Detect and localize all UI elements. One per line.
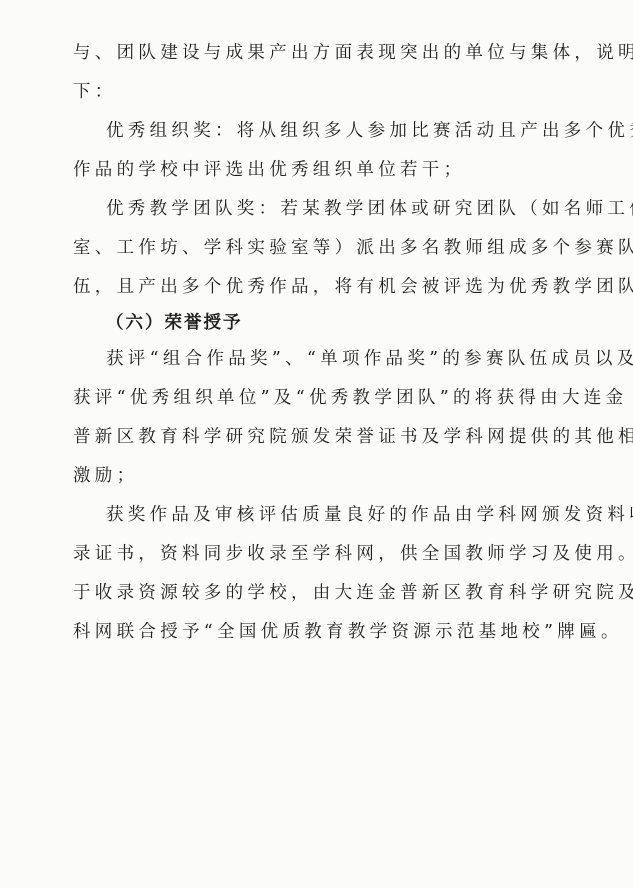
paragraph-line: 录证书，资料同步收录至学科网，供全国教师学习及使用。对: [73, 543, 633, 565]
paragraph-line: 与、团队建设与成果产出方面表现突出的单位与集体，说明如: [73, 42, 633, 64]
paragraph-line: 优秀教学团队奖：若某教学团体或研究团队（如名师工作: [106, 198, 633, 220]
paragraph-line: 获评“组合作品奖”、“单项作品奖”的参赛队伍成员以及: [106, 348, 633, 370]
paragraph-line: 普新区教育科学研究院颁发荣誉证书及学科网提供的其他相关: [73, 426, 633, 448]
paragraph-line: 下：: [73, 81, 117, 103]
paragraph-line: 优秀组织奖：将从组织多人参加比赛活动且产出多个优秀: [106, 120, 633, 142]
document-page: 与、团队建设与成果产出方面表现突出的单位与集体，说明如 下： 优秀组织奖：将从组…: [0, 0, 633, 888]
paragraph-line: 科网联合授予“全国优质教育教学资源示范基地校”牌匾。: [73, 621, 623, 643]
paragraph-line: 获奖作品及审核评估质量良好的作品由学科网颁发资料收: [106, 504, 633, 526]
paragraph-line: 伍，且产出多个优秀作品，将有机会被评选为优秀教学团队。: [73, 276, 633, 298]
paragraph-line: 作品的学校中评选出优秀组织单位若干；: [73, 159, 465, 181]
paragraph-line: 于收录资源较多的学校，由大连金普新区教育科学研究院及学: [73, 582, 633, 604]
section-heading: （六）荣誉授予: [106, 312, 243, 334]
paragraph-line: 获评“优秀组织单位”及“优秀教学团队”的将获得由大连金: [73, 387, 627, 409]
paragraph-line: 激励；: [73, 465, 138, 487]
paragraph-line: 室、工作坊、学科实验室等）派出多名教师组成多个参赛队: [73, 237, 633, 259]
